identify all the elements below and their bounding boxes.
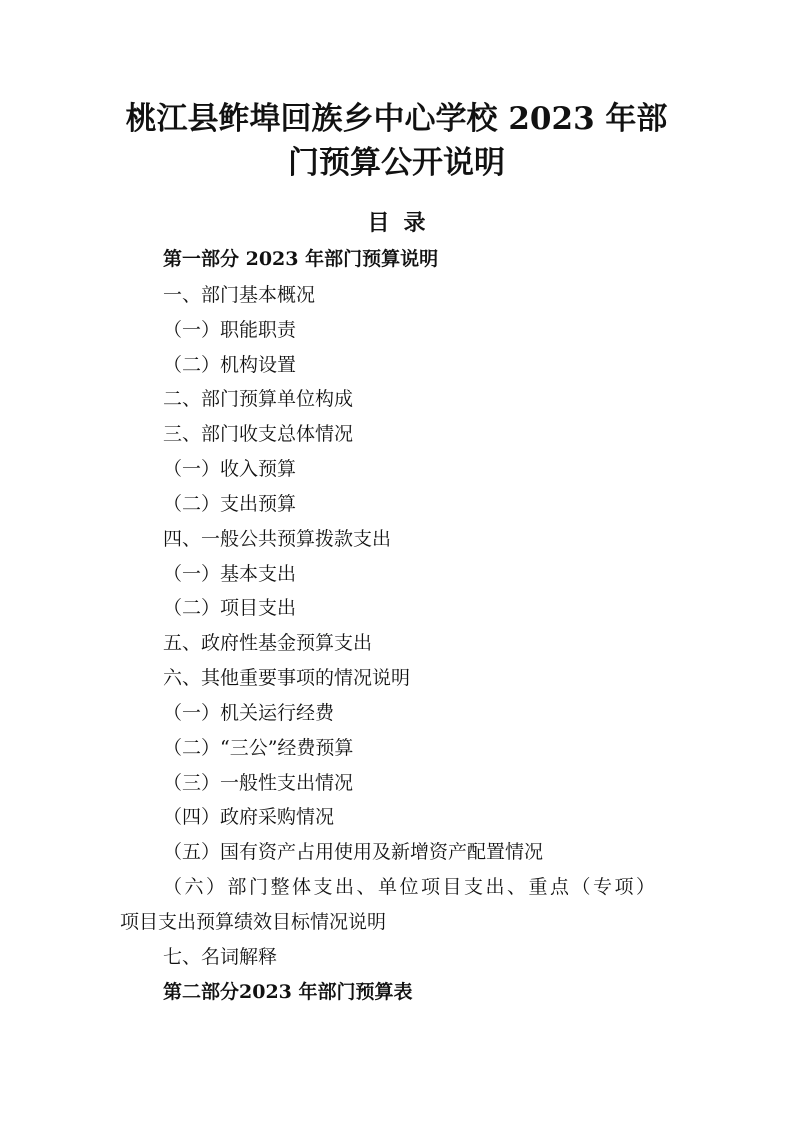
toc-item: 一、部门基本概况 — [163, 282, 315, 308]
toc-part-two: 第二部分2023 年部门预算表 — [163, 979, 413, 1005]
toc-item: （二）项目支出 — [163, 595, 296, 621]
toc-item: 七、名词解释 — [163, 944, 277, 970]
toc-item: （三）一般性支出情况 — [163, 770, 353, 796]
document-title-line-2: 门预算公开说明 — [0, 140, 793, 186]
toc-part-one: 第一部分 2023 年部门预算说明 — [163, 246, 438, 272]
toc-item: （二）机构设置 — [163, 352, 296, 378]
toc-item: （二）“三公”经费预算 — [163, 735, 353, 761]
toc-item: （五）国有资产占用使用及新增资产配置情况 — [163, 839, 543, 865]
toc-item: （二）支出预算 — [163, 491, 296, 517]
document-title-line-1: 桃江县鲊埠回族乡中心学校 2023 年部 — [0, 96, 793, 142]
toc-item: （一）收入预算 — [163, 456, 296, 482]
toc-item: （四）政府采购情况 — [163, 804, 334, 830]
toc-item: 二、部门预算单位构成 — [163, 386, 353, 412]
toc-item: 三、部门收支总体情况 — [163, 421, 353, 447]
toc-item-continuation: 项目支出预算绩效目标情况说明 — [120, 909, 386, 935]
toc-heading: 目录 — [0, 206, 793, 237]
toc-item: （一）职能职责 — [163, 317, 296, 343]
toc-item: （一）基本支出 — [163, 561, 296, 587]
toc-item: 六、其他重要事项的情况说明 — [163, 665, 410, 691]
toc-item: 四、一般公共预算拨款支出 — [163, 526, 391, 552]
toc-item: 五、政府性基金预算支出 — [163, 630, 372, 656]
toc-item: （一）机关运行经费 — [163, 700, 334, 726]
toc-item: （六）部门整体支出、单位项目支出、重点（专项） — [163, 874, 658, 900]
